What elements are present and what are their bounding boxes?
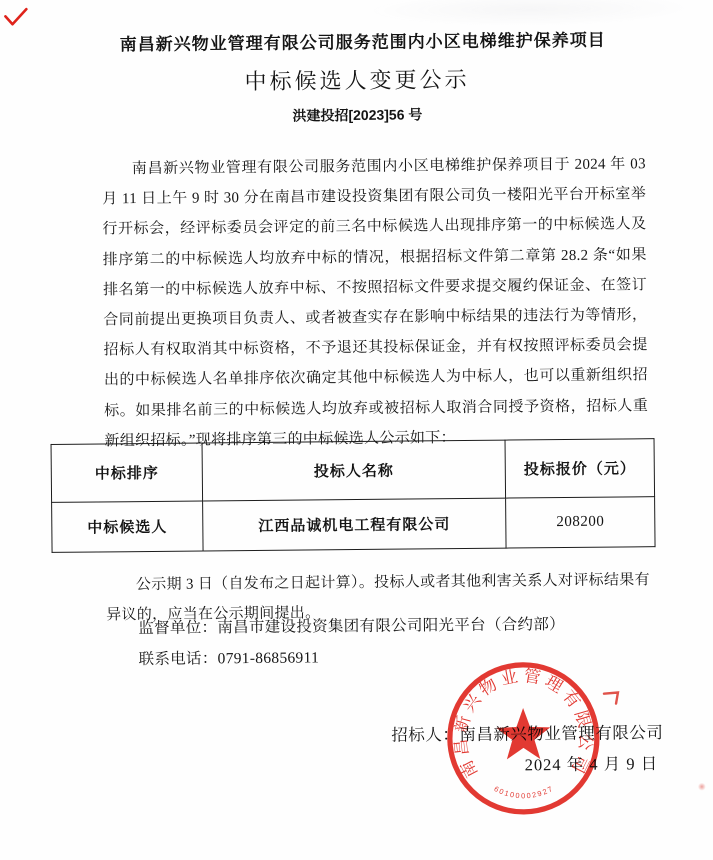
document-content: 南昌新兴物业管理有限公司服务范围内小区电梯维护保养项目 中标候选人变更公示 洪建… <box>0 0 713 860</box>
table-header-bid-price: 投标报价（元） <box>505 439 655 498</box>
cell-rank: 中标候选人 <box>52 501 203 552</box>
document-title: 南昌新兴物业管理有限公司服务范围内小区电梯维护保养项目 <box>33 25 693 56</box>
table-row: 中标候选人 江西品诚机电工程有限公司 208200 <box>52 497 655 553</box>
red-check-mark-icon <box>3 7 29 27</box>
seal-star-icon <box>496 708 550 760</box>
document-number: 洪建投招[2023]56 号 <box>27 102 687 128</box>
stray-ink-mark <box>601 689 623 707</box>
table-header-rank: 中标排序 <box>51 443 203 502</box>
table-header-row: 中标排序 投标人名称 投标报价（元） <box>51 439 655 503</box>
document-subtitle: 中标候选人变更公示 <box>27 61 687 98</box>
bid-candidates-table: 中标排序 投标人名称 投标报价（元） 中标候选人 江西品诚机电工程有限公司 20… <box>51 438 656 553</box>
company-seal: 南昌新兴物业管理有限公司 3601000029272 <box>439 654 609 824</box>
main-paragraph: 南昌新兴物业管理有限公司服务范围内小区电梯维护保养项目于 2024 年 03 月… <box>102 149 649 456</box>
scanned-document-page: 南昌新兴物业管理有限公司服务范围内小区电梯维护保养项目 中标候选人变更公示 洪建… <box>0 0 713 860</box>
stray-ink-dot <box>698 783 706 791</box>
scan-noise <box>366 0 696 28</box>
contact-phone-line: 联系电话：0791-86856911 <box>138 645 319 669</box>
cell-bid-price: 208200 <box>506 497 655 548</box>
cell-bidder-name: 江西品诚机电工程有限公司 <box>203 498 506 551</box>
supervisor-line: 监督单位：南昌市建设投资集团有限公司阳光平台（合约部） <box>138 612 565 638</box>
table-header-bidder-name: 投标人名称 <box>202 440 506 501</box>
